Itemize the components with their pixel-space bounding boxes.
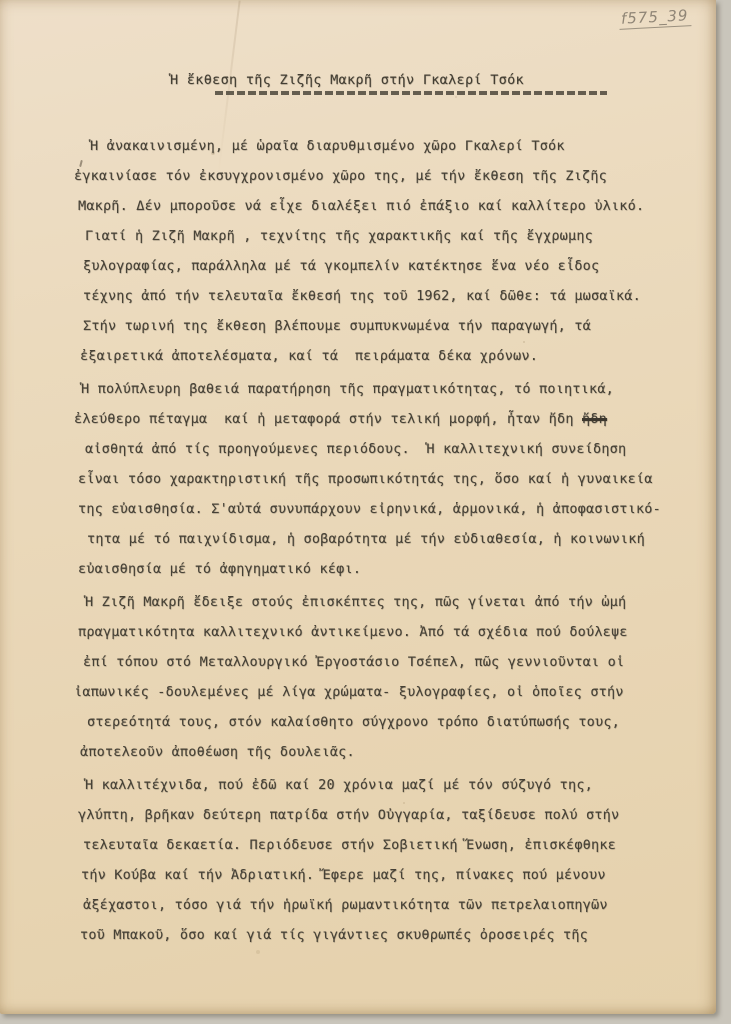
text-line: Γιατί ἡ Ζιζῆ Μακρῆ , τεχνίτης τῆς χαρακτ… [85,221,660,251]
document-title: Ἡ ἔκθεση τῆς Ζιζῆς Μακρῆ στήν Γκαλερί Τσ… [170,72,660,88]
text-line: γλύπτη, βρῆκαν δεύτερη πατρίδα στήν Οὐγγ… [78,800,660,830]
text-line: τοῦ Μπακοῦ, ὅσο καί γιά τίς γιγάντιες σκ… [80,920,660,950]
text-line-segment: ἐλεύθερο πέταγμα καί ἡ μεταφορά στήν τελ… [74,411,582,427]
text-line: ἐξαιρετικά ἀποτελέσματα, καί τά πειράματ… [80,341,660,371]
text-line: στερεότητά τους, στόν καλαίσθητο σύγχρον… [87,707,660,737]
paragraph-block: Ἡ Ζιζῆ Μακρῆ ἔδειξε στούς ἐπισκέπτες της… [78,587,660,767]
text-line: ἐγκαινίασε τόν ἐκσυγχρονισμένο χῶρο της,… [74,161,660,191]
text-line: ἐλεύθερο πέταγμα καί ἡ μεταφορά στήν τελ… [74,404,660,434]
text-line: Ἡ πολύπλευρη βαθειά παρατήρηση τῆς πραγμ… [81,374,660,404]
text-line: Στήν τωρινή της ἔκθεση βλέπουμε συμπυκνω… [83,311,660,341]
text-line: αἰσθητά ἀπό τίς προηγούμενες περιόδους. … [85,434,660,464]
text-line: ἰαπωνικές -δουλεμένες μέ λίγα χρώματα- ξ… [74,677,660,707]
text-line: Ἡ ἀνακαινισμένη, μέ ὡραῖα διαρυθμισμένο … [90,131,660,161]
text-line: Ἡ καλλιτέχνιδα, πού ἐδῶ καί 20 χρόνια μα… [85,770,660,800]
text-line: ξυλογραφίας, παράλληλα μέ τά γκομπελίν κ… [83,251,660,281]
paragraph-block: Ἡ καλλιτέχνιδα, πού ἐδῶ καί 20 χρόνια μα… [78,770,660,950]
scanned-paper-sheet: f575_39 Ἡ ἔκθεση τῆς Ζιζῆς Μακρῆ στήν Γκ… [0,0,716,1014]
text-line: εἶναι τόσο χαρακτηριστική τῆς προσωπικότ… [78,464,660,494]
text-line: τητα μέ τό παιχνίδισμα, ἡ σοβαρότητα μέ … [87,524,660,554]
text-line: Ἡ Ζιζῆ Μακρῆ ἔδειξε στούς ἐπισκέπτες της… [85,587,660,617]
text-line: ἐπί τόπου στό Μεταλλουργικό Ἐργοστάσιο Τ… [83,647,660,677]
text-line: ἀποτελεοῦν ἀποθέωση τῆς δουλειᾶς. [80,737,660,767]
text-line: Μακρῆ. Δέν μποροῦσε νά εἶχε διαλέξει πιό… [78,191,660,221]
paragraph-block: Ἡ πολύπλευρη βαθειά παρατήρηση τῆς πραγμ… [78,374,660,584]
text-line: εὐαισθησία μέ τό ἀφηγηματικό κέφι. [78,554,660,584]
text-line: τελευταῖα δεκαετία. Περιόδευσε στήν Σοβι… [83,830,660,860]
text-line: πραγματικότητα καλλιτεχνικό ἀντικείμενο.… [78,617,660,647]
document-body: Ἡ ἀνακαινισμένη, μέ ὡραῖα διαρυθμισμένο … [78,131,660,950]
paragraph-block: Ἡ ἀνακαινισμένη, μέ ὡραῖα διαρυθμισμένο … [78,131,660,371]
text-line: ἀξέχαστοι, τόσο γιά τήν ἡρωϊκή ρωμαντικό… [83,890,660,920]
typewritten-content: Ἡ ἔκθεση τῆς Ζιζῆς Μακρῆ στήν Γκαλερί Τσ… [0,0,716,1014]
title-dashed-underline [215,91,607,95]
text-line: τέχνης ἀπό τήν τελευταῖα ἔκθεσή της τοῦ … [83,281,660,311]
text-line: της εὐαισθησία. Σ'αὐτά συνυπάρχουν εἰρην… [78,494,660,524]
struck-out-word: ἤδη [582,411,607,427]
text-line: τήν Κούβα καί τήν Ἀδριατική. Ἔφερε μαζί … [81,860,660,890]
